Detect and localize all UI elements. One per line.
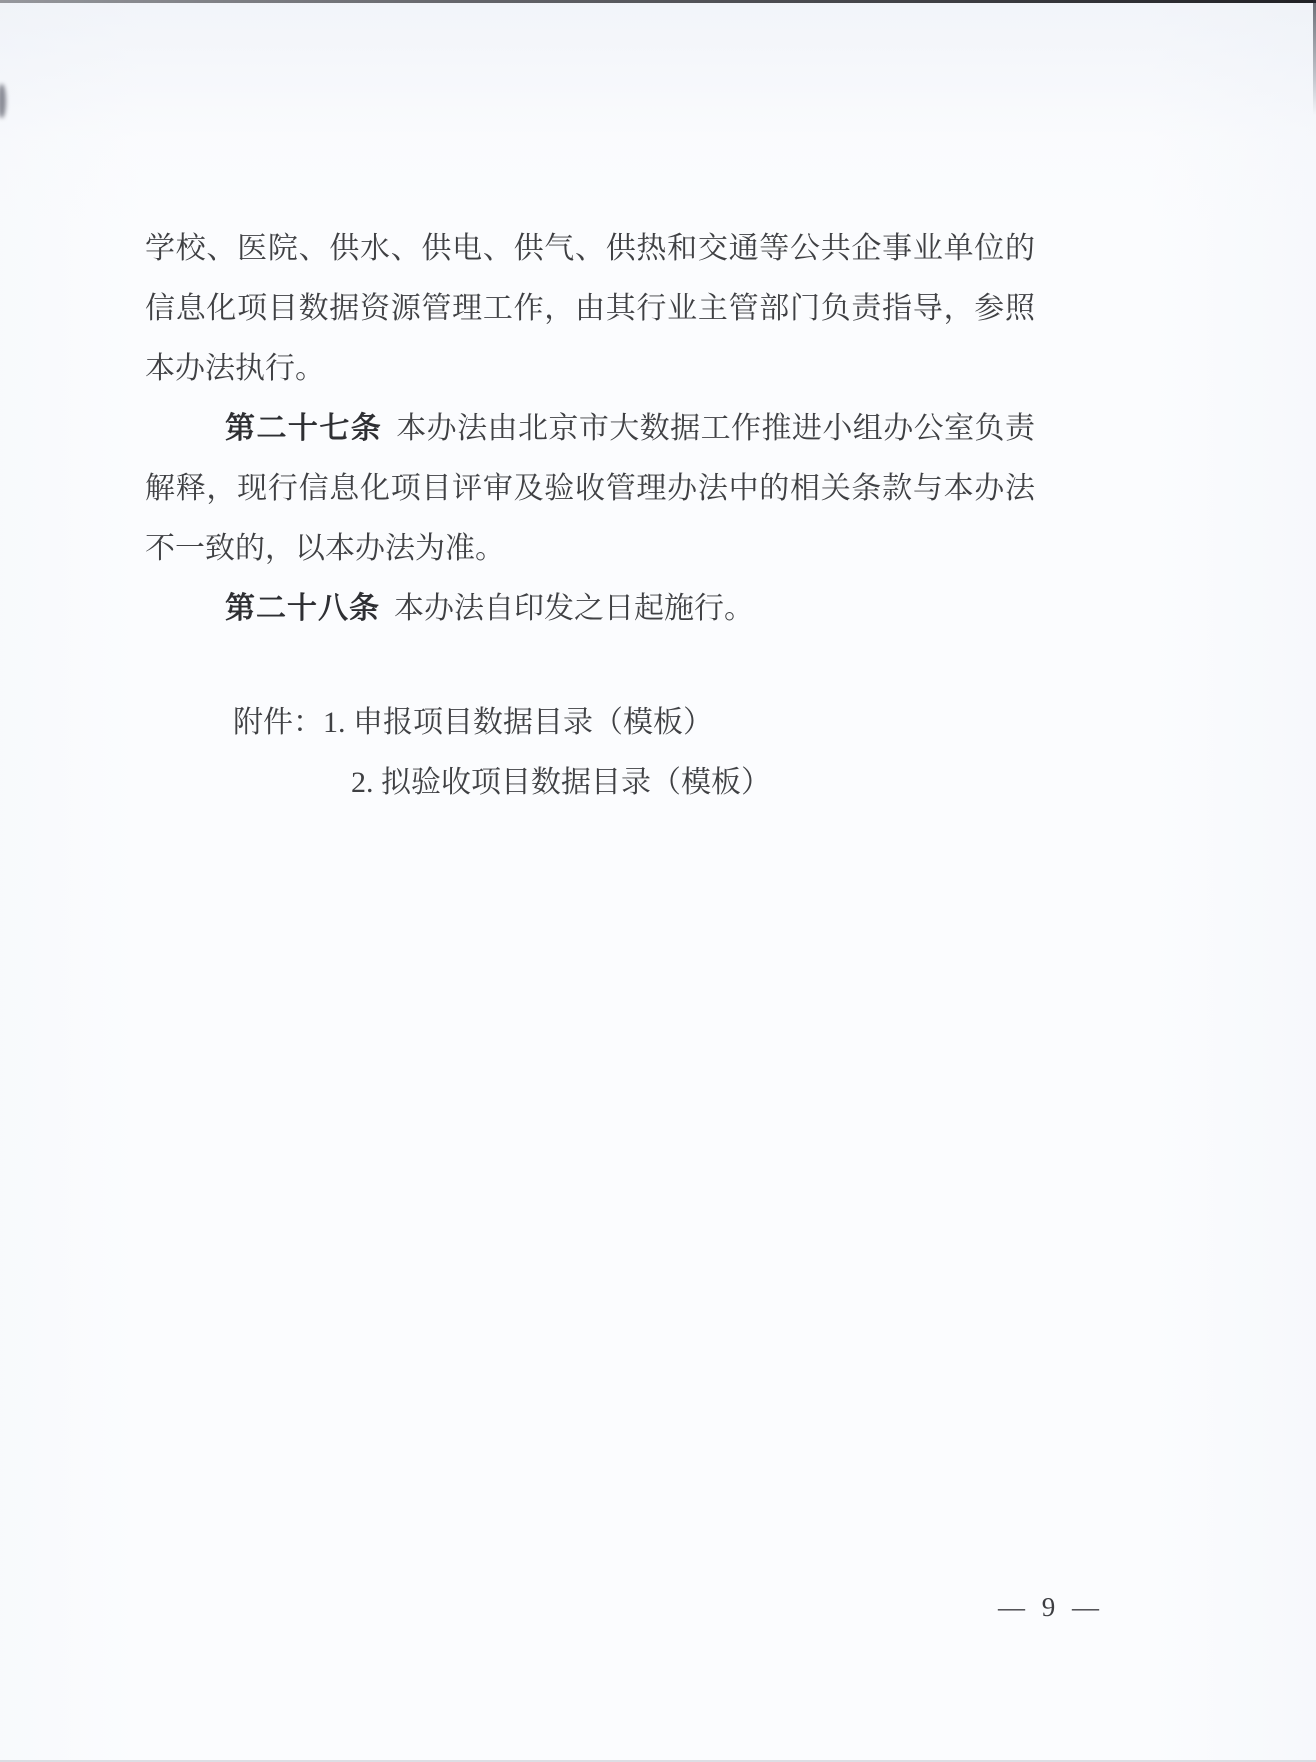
scan-left-smudge-artifact xyxy=(0,84,6,118)
article-28-heading: 第二十八条 xyxy=(225,592,380,625)
body-line-text: 本办法自印发之日起施行。 xyxy=(394,592,754,625)
body-line: 本办法执行。 xyxy=(145,339,1035,399)
body-line-text: 学校、医院、供水、供电、供气、供热和交通等公共企事业单位的 xyxy=(145,232,1035,265)
page-number: — 9 — xyxy=(998,1592,1104,1623)
article-27-line: 第二十七条本办法由北京市大数据工作推进小组办公室负责 xyxy=(145,399,1035,459)
scanned-document-page: 学校、医院、供水、供电、供气、供热和交通等公共企事业单位的 信息化项目数据资源管… xyxy=(0,0,1316,1762)
attachment-line-1: 附件：1. 申报项目数据目录（模板） xyxy=(233,693,771,753)
body-line-text: 解释，现行信息化项目评审及验收管理办法中的相关条款与本办法 xyxy=(145,472,1035,505)
body-line-text: 信息化项目数据资源管理工作，由其行业主管部门负责指导，参照 xyxy=(145,292,1035,325)
document-body: 学校、医院、供水、供电、供气、供热和交通等公共企事业单位的 信息化项目数据资源管… xyxy=(145,219,1035,639)
body-line: 学校、医院、供水、供电、供气、供热和交通等公共企事业单位的 xyxy=(145,219,1035,279)
attachment-item-1: 1. 申报项目数据目录（模板） xyxy=(323,706,713,739)
body-line-text: 不一致的，以本办法为准。 xyxy=(145,532,505,565)
attachment-line-2: 2. 拟验收项目数据目录（模板） xyxy=(351,753,771,813)
attachment-item-2: 2. 拟验收项目数据目录（模板） xyxy=(351,766,771,799)
attachments-section: 附件：1. 申报项目数据目录（模板） 2. 拟验收项目数据目录（模板） xyxy=(233,693,771,813)
article-28-line: 第二十八条本办法自印发之日起施行。 xyxy=(145,579,1035,639)
body-line: 信息化项目数据资源管理工作，由其行业主管部门负责指导，参照 xyxy=(145,279,1035,339)
attachments-label: 附件： xyxy=(233,706,323,739)
body-line-text: 本办法由北京市大数据工作推进小组办公室负责 xyxy=(396,412,1035,445)
body-line: 不一致的，以本办法为准。 xyxy=(145,519,1035,579)
scan-top-edge-artifact xyxy=(0,0,1316,3)
article-27-heading: 第二十七条 xyxy=(225,412,382,445)
body-line: 解释，现行信息化项目评审及验收管理办法中的相关条款与本办法 xyxy=(145,459,1035,519)
body-line-text: 本办法执行。 xyxy=(145,352,325,385)
